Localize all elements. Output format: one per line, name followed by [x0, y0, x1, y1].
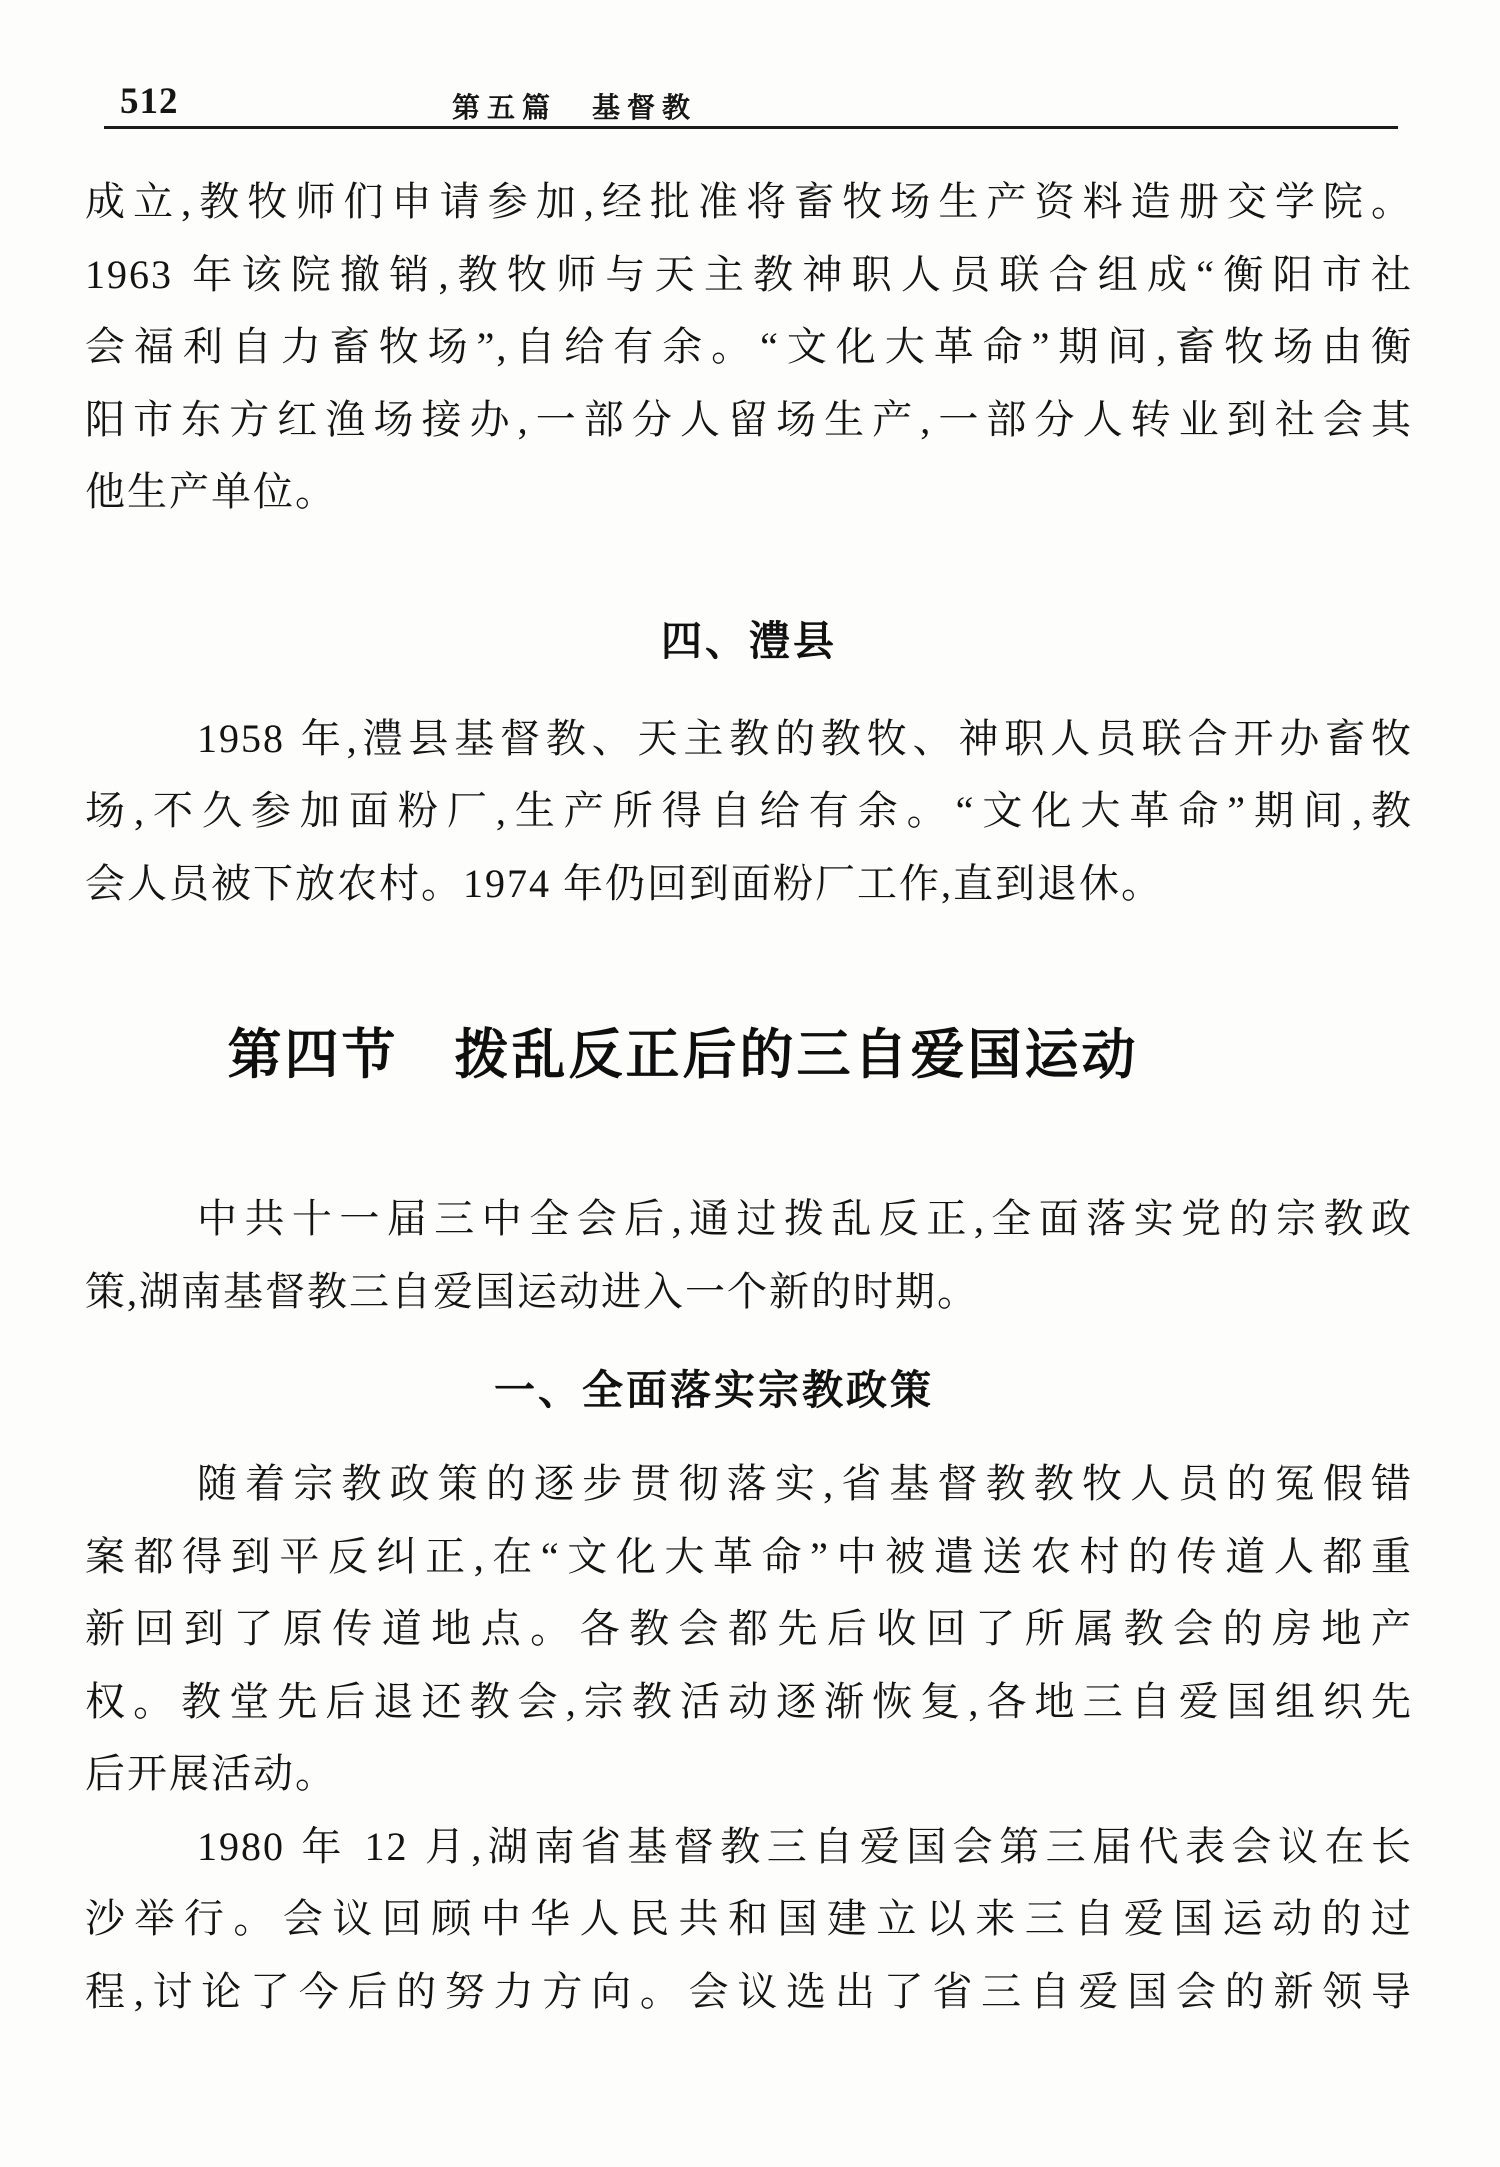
header-rule — [104, 126, 1398, 129]
text-line: 1958 年,澧县基督教、天主教的教牧、神职人员联合开办畜牧 — [85, 703, 1413, 776]
text-line: 随着宗教政策的逐步贯彻落实,省基督教教牧人员的冤假错 — [85, 1448, 1413, 1521]
text-line: 策,湖南基督教三自爱国运动进入一个新的时期。 — [85, 1256, 1413, 1329]
text-line: 权。教堂先后退还教会,宗教活动逐渐恢复,各地三自爱国组织先 — [85, 1666, 1413, 1739]
running-header-title: 第五篇 基督教 — [452, 86, 697, 126]
text-line: 会福利自力畜牧场”,自给有余。“文化大革命”期间,畜牧场由衡 — [85, 311, 1413, 384]
text-line: 他生产单位。 — [85, 456, 1413, 529]
text-line: 场,不久参加面粉厂,生产所得自给有余。“文化大革命”期间,教 — [85, 775, 1413, 848]
paragraph-intro-new-era: 中共十一届三中全会后,通过拨乱反正,全面落实党的宗教政 策,湖南基督教三自爱国运… — [85, 1183, 1413, 1328]
text-line: 成立,教牧师们申请参加,经批准将畜牧场生产资料造册交学院。 — [85, 166, 1413, 239]
text-line: 新回到了原传道地点。各教会都先后收回了所属教会的房地产 — [85, 1593, 1413, 1666]
paragraph-1980-congress: 1980 年 12 月,湖南省基督教三自爱国会第三届代表会议在长 沙举行。会议回… — [85, 1811, 1413, 2029]
section-number: 第四节 — [228, 1025, 399, 1085]
text-line: 阳市东方红渔场接办,一部分人留场生产,一部分人转业到社会其 — [85, 384, 1413, 457]
subsection-heading-li-county: 四、澧县 — [85, 613, 1413, 669]
paragraph-policy-implementation: 随着宗教政策的逐步贯彻落实,省基督教教牧人员的冤假错 案都得到平反纠正,在“文化… — [85, 1448, 1413, 1811]
text-line: 沙举行。会议回顾中华人民共和国建立以来三自爱国运动的过 — [85, 1883, 1413, 1956]
text-line: 1980 年 12 月,湖南省基督教三自爱国会第三届代表会议在长 — [85, 1811, 1413, 1884]
text-line: 案都得到平反纠正,在“文化大革命”中被遣送农村的传道人都重 — [85, 1521, 1413, 1594]
text-line: 程,讨论了今后的努力方向。会议选出了省三自爱国会的新领导 — [85, 1956, 1413, 2029]
text-line: 后开展活动。 — [85, 1738, 1413, 1811]
text-line: 中共十一届三中全会后,通过拨乱反正,全面落实党的宗教政 — [85, 1183, 1413, 1256]
paragraph-hengyang-farm: 成立,教牧师们申请参加,经批准将畜牧场生产资料造册交学院。 1963 年该院撤销… — [85, 166, 1413, 529]
text-line: 会人员被下放农村。1974 年仍回到面粉厂工作,直到退休。 — [85, 848, 1413, 921]
body-text-column: 成立,教牧师们申请参加,经批准将畜牧场生产资料造册交学院。 1963 年该院撤销… — [85, 166, 1413, 2028]
text-line: 1963 年该院撤销,教牧师与天主教神职人员联合组成“衡阳市社 — [85, 239, 1413, 312]
scanned-book-page: { "header": { "page_number": "512", "tit… — [0, 0, 1500, 2167]
section-heading-four: 第四节拨乱反正后的三自爱国运动 — [85, 1016, 1413, 1094]
subsection-heading-policy: 一、全面落实宗教政策 — [85, 1362, 1413, 1418]
paragraph-li-county: 1958 年,澧县基督教、天主教的教牧、神职人员联合开办畜牧 场,不久参加面粉厂… — [85, 703, 1413, 921]
page-number: 512 — [120, 80, 179, 123]
section-title: 拨乱反正后的三自爱国运动 — [455, 1025, 1139, 1085]
